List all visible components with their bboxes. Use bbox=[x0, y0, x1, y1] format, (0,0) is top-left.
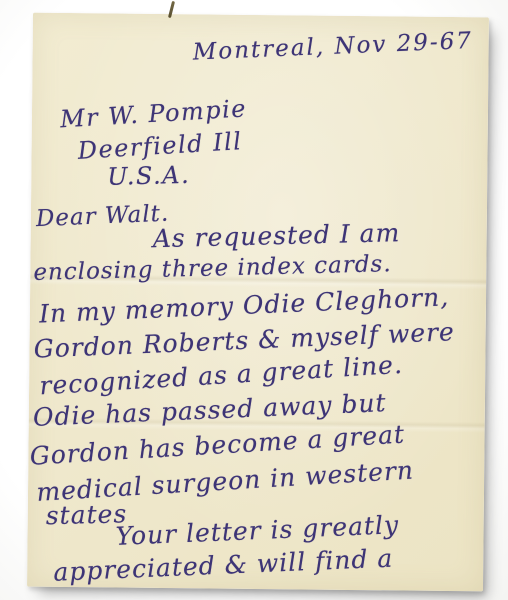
address-line-2: Deerfield Ill bbox=[77, 127, 243, 165]
salutation: Dear Walt. bbox=[35, 201, 169, 233]
body-line-1: As requested I am bbox=[152, 218, 400, 253]
body-line-2: enclosing three index cards. bbox=[33, 251, 392, 286]
address-line-3: U.S.A. bbox=[107, 161, 190, 191]
body-line-11: appreciated & will find a bbox=[53, 544, 394, 587]
letter-photo: Montreal, Nov 29-67 Mr W. Pompie Deerfie… bbox=[0, 0, 508, 600]
letter-page: Montreal, Nov 29-67 Mr W. Pompie Deerfie… bbox=[27, 13, 489, 592]
dateline: Montreal, Nov 29-67 bbox=[192, 28, 473, 66]
